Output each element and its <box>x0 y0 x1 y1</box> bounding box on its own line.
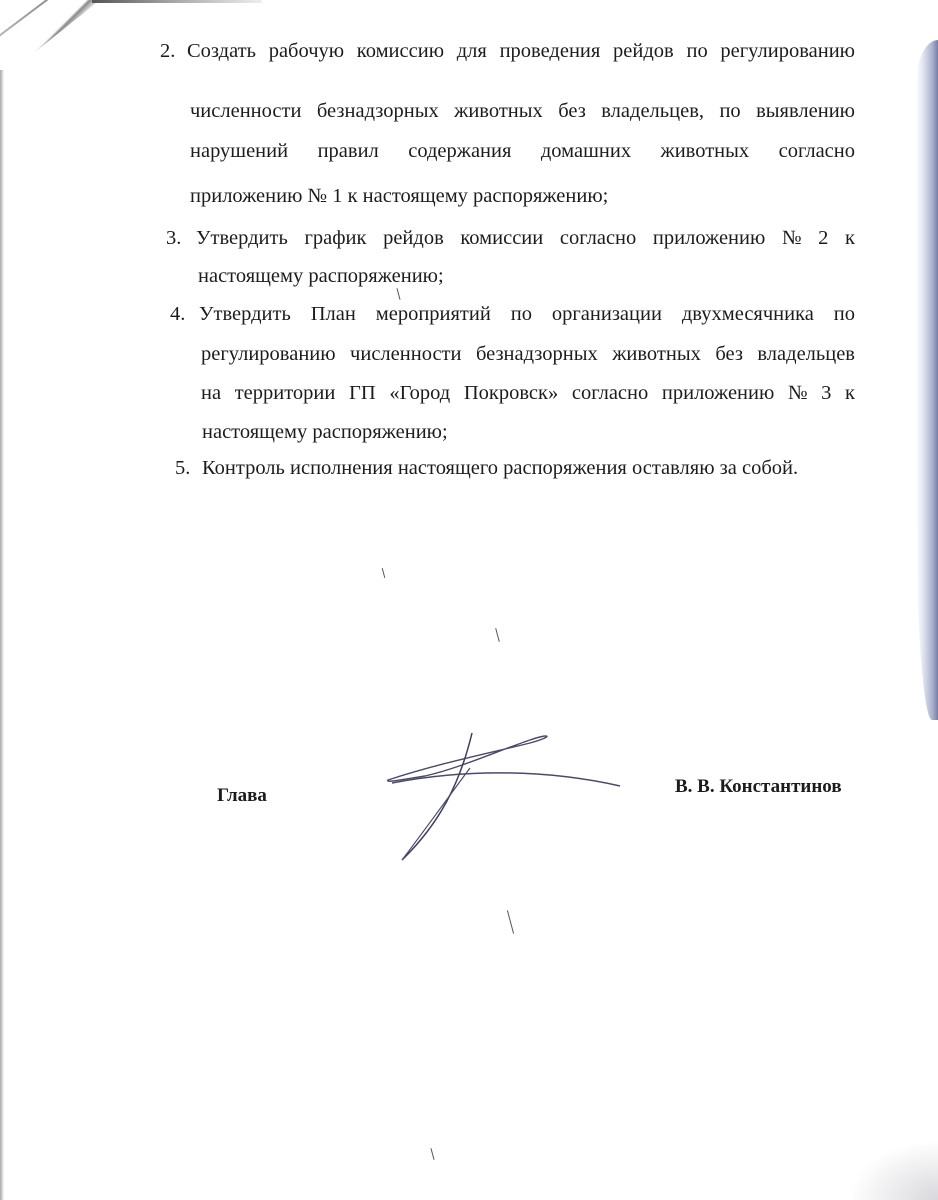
scan-speck <box>495 628 500 642</box>
folded-corner <box>0 0 100 80</box>
item-text-line: приложению № 1 к настоящему распоряжению… <box>190 185 608 208</box>
item-number: 2. <box>160 40 175 63</box>
page-right-shadow <box>916 40 938 720</box>
scan-speck <box>382 568 386 578</box>
item-text-line: настоящему распоряжению; <box>198 265 444 288</box>
item-number: 4. <box>170 303 185 326</box>
item-text-line: Утвердить график рейдов комиссии согласн… <box>196 227 855 250</box>
item-number: 3. <box>166 227 181 250</box>
page-corner-shadow <box>848 1140 938 1200</box>
item-number: 5. <box>175 457 190 480</box>
scan-speck <box>430 1148 434 1160</box>
scan-speck <box>396 288 400 300</box>
handwritten-signature-icon <box>380 728 640 868</box>
position-title: Глава <box>217 785 267 807</box>
signatory-name: В. В. Константинов <box>675 776 842 798</box>
item-text-line: Утвердить План мероприятий по организаци… <box>199 303 855 326</box>
item-text-line: Создать рабочую комиссию для проведения … <box>187 40 855 63</box>
item-text-line: Контроль исполнения настоящего распоряже… <box>202 457 798 480</box>
item-text-line: нарушений правил содержания домашних жив… <box>190 140 855 163</box>
item-text-line: численности безнадзорных животных без вл… <box>190 100 855 123</box>
item-text-line: настоящему распоряжению; <box>202 421 448 444</box>
scan-speck <box>507 910 514 933</box>
page-left-edge <box>0 70 4 1200</box>
document-page: 2. Создать рабочую комиссию для проведен… <box>0 0 938 1200</box>
item-text-line: на территории ГП «Город Покровск» соглас… <box>201 382 855 405</box>
fold-edge <box>92 0 262 3</box>
item-text-line: регулированию численности безнадзорных ж… <box>201 343 855 366</box>
